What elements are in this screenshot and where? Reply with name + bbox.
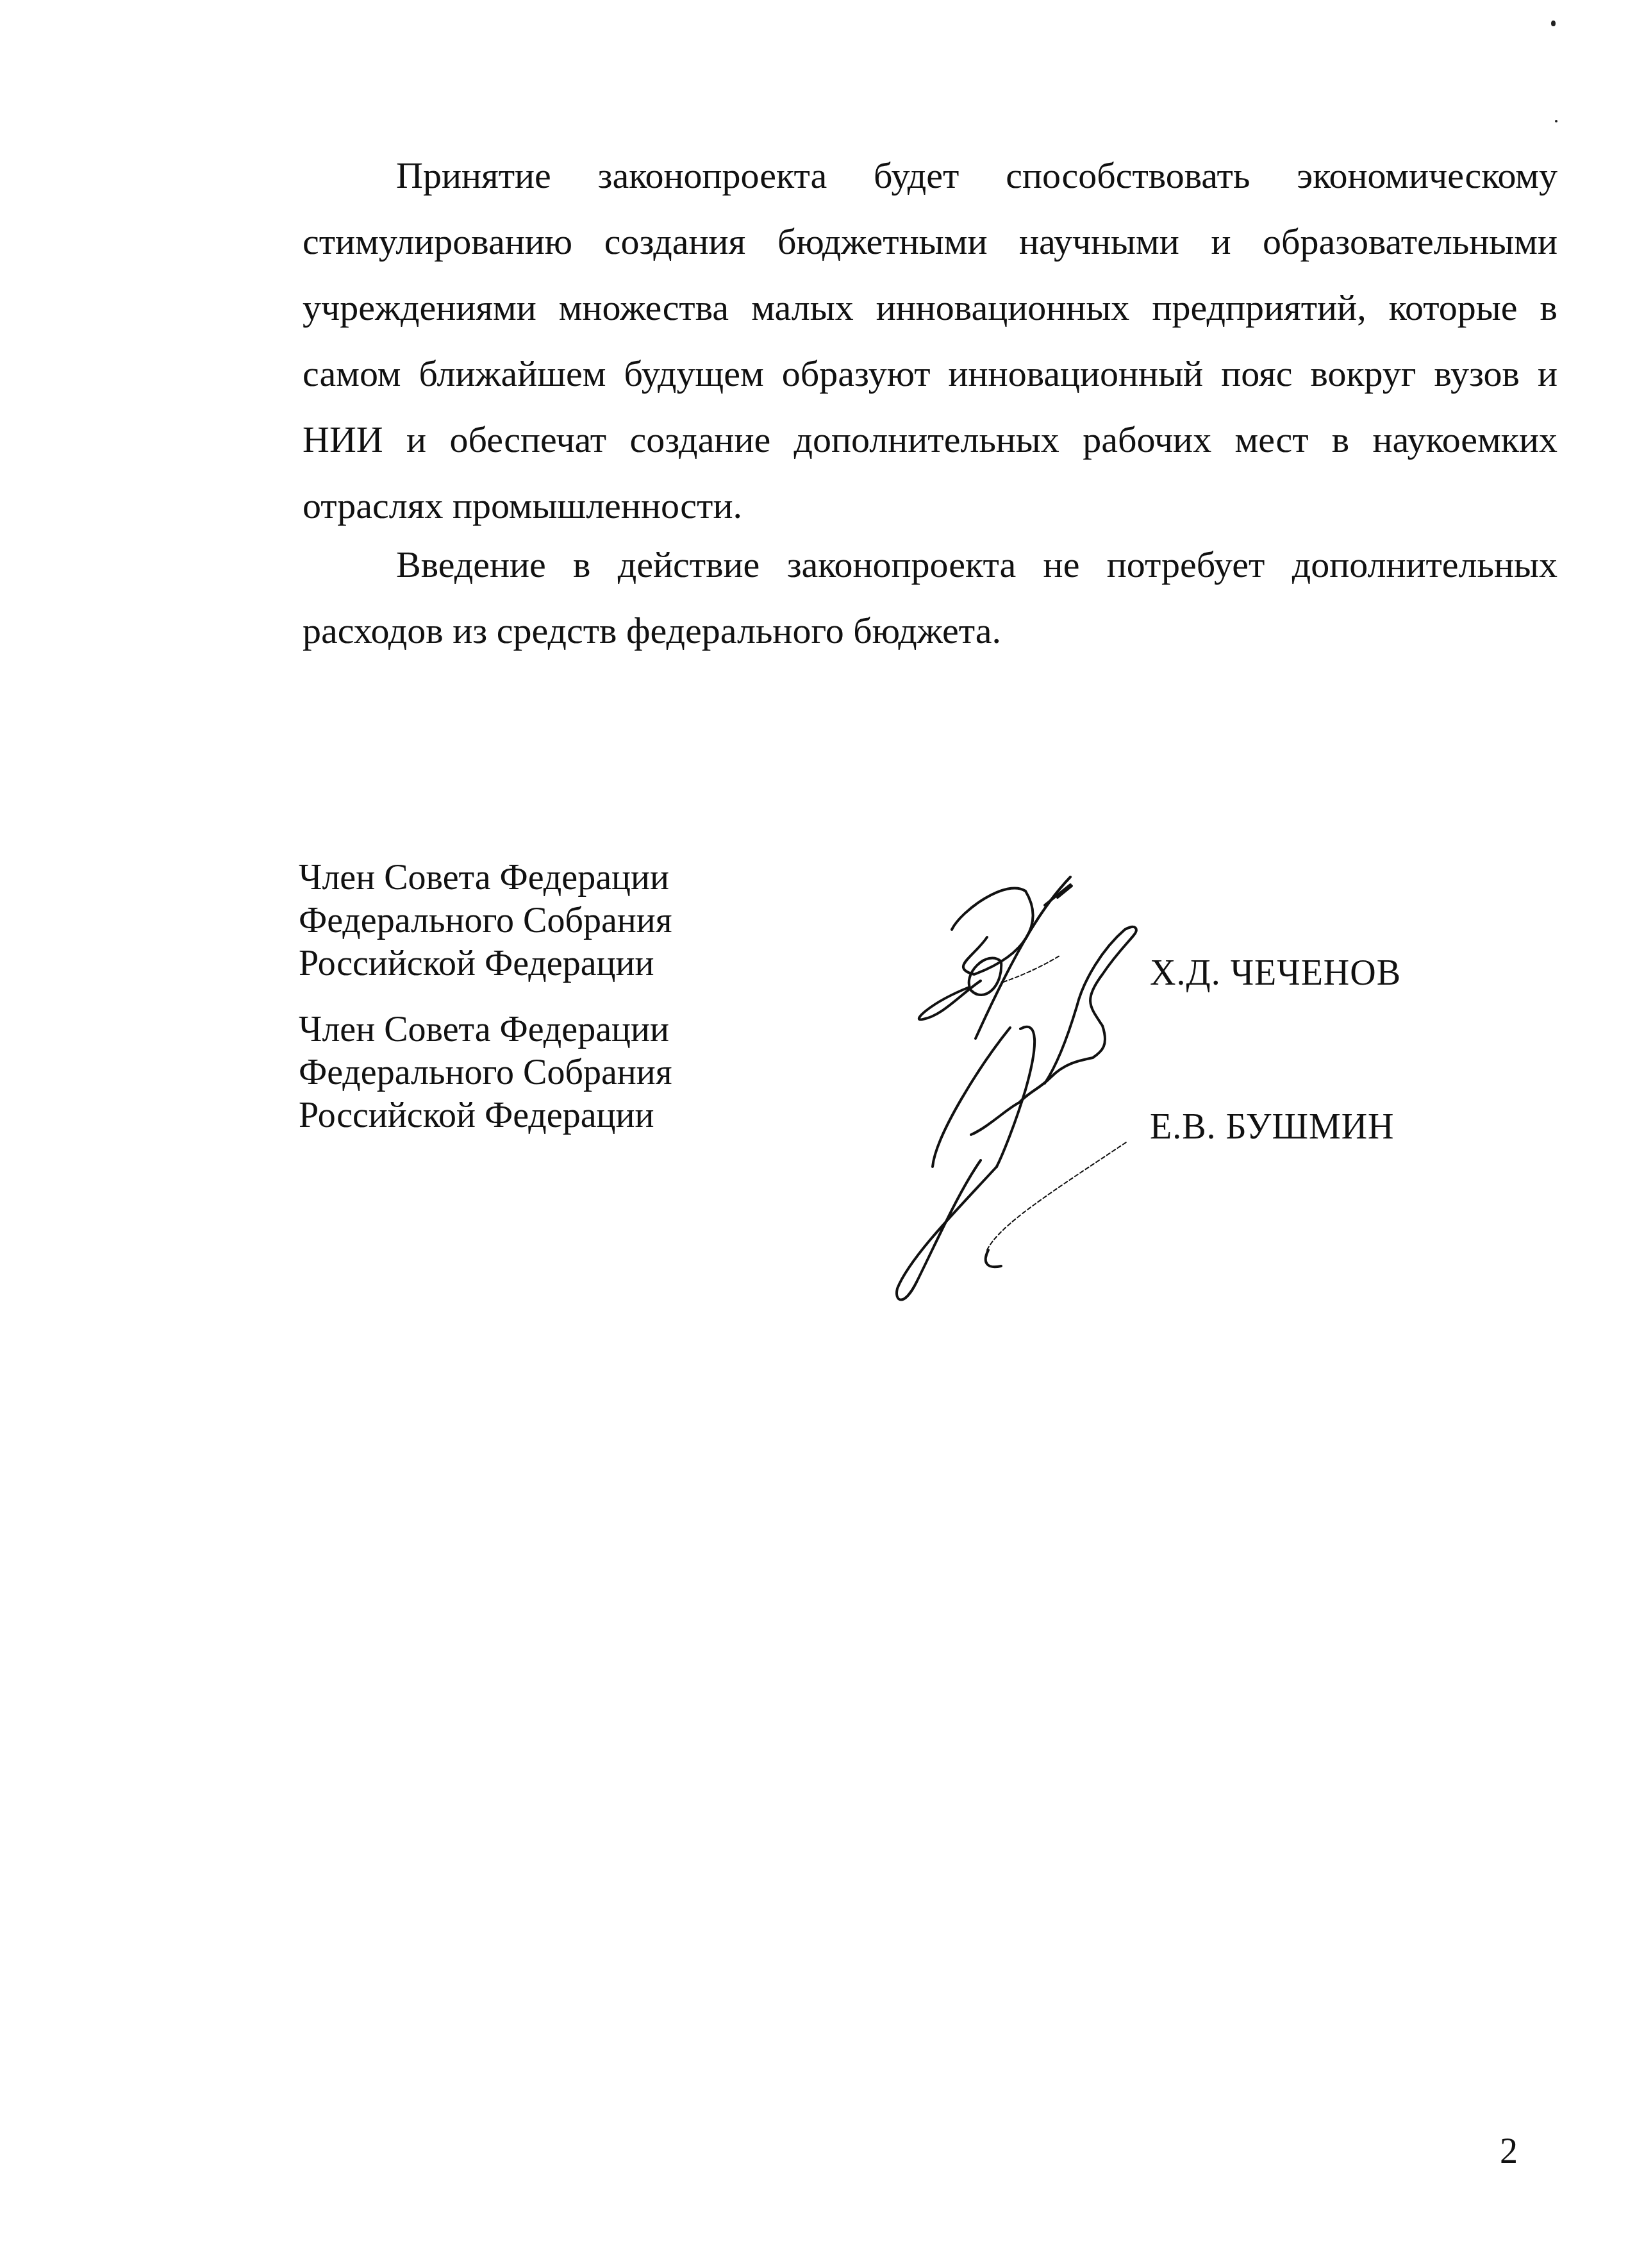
signer-name: Е.В. БУШМИН [1150,1106,1395,1147]
page-number: 2 [1500,2131,1518,2172]
scan-speck [1555,120,1557,122]
signer-title-line: Член Совета Федерации [299,1008,672,1051]
signer-title-line: Российской Федерации [299,1094,672,1137]
signature-icon [833,833,1218,1321]
signer-title-block: Член Совета Федерации Федерального Собра… [299,856,672,985]
signer-title-line: Российской Федерации [299,942,672,985]
signer-title-block: Член Совета Федерации Федерального Собра… [299,1008,672,1137]
handwritten-signatures [833,833,1218,1321]
scan-speck [1551,21,1556,26]
signer-title-line: Федерального Собрания [299,899,672,942]
document-page: Принятие законопроекта будет способствов… [0,0,1628,2268]
signer-title-line: Федерального Собрания [299,1051,672,1094]
paragraph: Введение в действие законопроекта не пот… [303,531,1557,663]
signer-title-line: Член Совета Федерации [299,856,672,899]
signer-name: Х.Д. ЧЕЧЕНОВ [1150,953,1401,994]
paragraph: Принятие законопроекта будет способствов… [303,142,1557,538]
